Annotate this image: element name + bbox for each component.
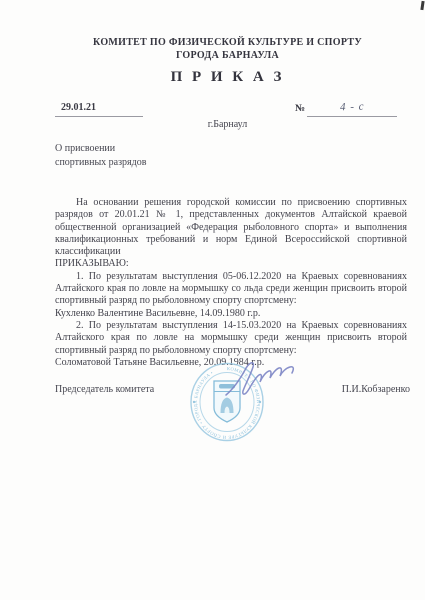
document-city: г.Барнаул <box>45 119 410 130</box>
handwritten-number: 4 - с <box>340 101 365 114</box>
document-title: П Р И К А З <box>45 69 410 86</box>
signer-title: Председатель комитета <box>55 384 154 395</box>
document-page: КОМИТЕТ ПО ФИЗИЧЕСКОЙ КУЛЬТУРЕ И СПОРТУ … <box>0 0 425 600</box>
header-org-line1: КОМИТЕТ ПО ФИЗИЧЕСКОЙ КУЛЬТУРЕ И СПОРТУ <box>45 36 410 49</box>
document-number: №4 - с <box>295 102 405 117</box>
document-header: КОМИТЕТ ПО ФИЗИЧЕСКОЙ КУЛЬТУРЕ И СПОРТУ … <box>45 36 410 62</box>
handwritten-signature <box>224 357 302 405</box>
order-item-2-text: 2. По результатам выступления 14-15.03.2… <box>55 320 407 357</box>
header-org-line2: ГОРОДА БАРНАУЛА <box>45 49 410 62</box>
signer-name: П.И.Кобзаренко <box>342 384 410 395</box>
subject-line1: О присвоении <box>55 142 146 156</box>
preamble-paragraph: На основании решения городской комиссии … <box>55 197 407 258</box>
document-subject: О присвоении спортивных разрядов <box>55 142 146 169</box>
order-word: ПРИКАЗЫВАЮ: <box>55 258 407 270</box>
date-number-row: 29.01.21 №4 - с <box>55 100 405 118</box>
order-item-1-text: 1. По результатам выступления 05-06.12.2… <box>55 271 407 308</box>
document-date: 29.01.21 <box>55 102 143 117</box>
scan-artifact-mark <box>420 1 424 10</box>
document-body: На основании решения городской комиссии … <box>55 197 407 369</box>
order-item-1-recipient: Кухленко Валентине Васильевне, 14.09.198… <box>55 308 407 320</box>
subject-line2: спортивных разрядов <box>55 156 146 170</box>
number-sign-label: № <box>295 103 305 114</box>
